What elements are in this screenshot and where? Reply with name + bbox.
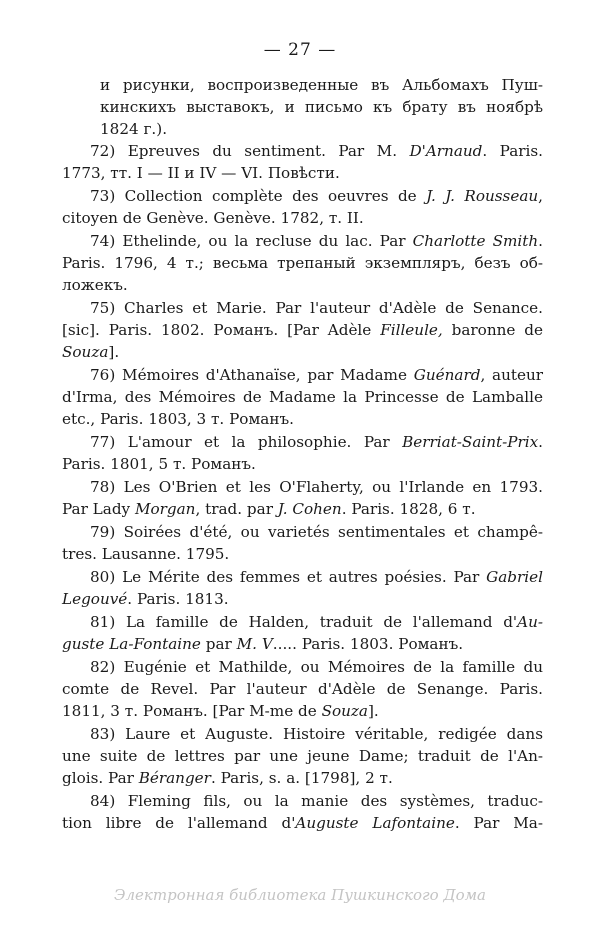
text-segment: . Paris. 1813. [127, 590, 228, 608]
text-line: и рисунки, воспроизведенные въ Альбомахъ… [100, 74, 543, 96]
text-line: guste La-Fontaine par M. V..... Paris. 1… [62, 633, 543, 655]
text-segment: 84) Fleming fils, ou la manie des systèm… [90, 792, 543, 810]
text-segment: 1773, тт. I — II и IV — VI. Повѣсти. [62, 164, 340, 182]
text-line: Souza]. [62, 341, 543, 363]
text-line: 83) Laure et Auguste. Histoire véritable… [90, 723, 543, 745]
text-segment: ]. [108, 343, 119, 361]
italic-text: Morgan [135, 500, 196, 518]
text-segment: ..... Paris. 1803. Романъ. [273, 635, 463, 653]
text-segment: une suite de lettres par une jeune Dame;… [62, 747, 543, 765]
text-line: 73) Collection complète des oeuvres de J… [90, 185, 543, 207]
italic-text: Au- [517, 613, 543, 631]
text-line: Legouvé. Paris. 1813. [62, 588, 543, 610]
text-segment: , [538, 187, 543, 205]
italic-text: Béranger [139, 769, 211, 787]
text-segment: comte de Revel. Par l'auteur d'Adèle de … [62, 680, 543, 698]
text-line: 74) Ethelinde, ou la recluse du lac. Par… [90, 230, 543, 252]
italic-text: Auguste Lafontaine [295, 814, 454, 832]
text-segment: Par Lady [62, 500, 135, 518]
text-segment: 79) Soirées d'été, ou varietés sentiment… [90, 523, 543, 541]
text-line: 82) Eugénie et Mathilde, ou Mémoires de … [90, 656, 543, 678]
text-line: etc., Paris. 1803, 3 т. Романъ. [62, 408, 543, 430]
page-number: — 27 — [0, 40, 600, 60]
text-line: tion libre de l'allemand d'Auguste Lafon… [62, 812, 543, 834]
text-line: une suite de lettres par une jeune Dame;… [62, 745, 543, 767]
text-segment: 77) L'amour et la philosophie. Par [90, 433, 402, 451]
text-segment: Paris. 1796, 4 т.; весьма трепаный экзем… [62, 254, 543, 272]
text-segment: 73) Collection complète des oeuvres de [90, 187, 426, 205]
italic-text: Charlotte Smith [413, 232, 539, 250]
text-line: 79) Soirées d'été, ou varietés sentiment… [90, 521, 543, 543]
text-line: 1824 г.). [100, 118, 543, 140]
text-segment: . Paris. 1828, 6 т. [342, 500, 476, 518]
text-segment: . [538, 433, 543, 451]
italic-text: Berriat-Saint-Prix [402, 433, 538, 451]
italic-text: M. V [237, 635, 273, 653]
text-line: 77) L'amour et la philosophie. Par Berri… [90, 431, 543, 453]
text-line: Paris. 1796, 4 т.; весьма трепаный экзем… [62, 252, 543, 274]
italic-text: Guénard [414, 366, 481, 384]
text-segment: 76) Mémoires d'Athanaïse, par Madame [90, 366, 414, 384]
text-segment: 81) La famille de Halden, traduit de l'a… [90, 613, 517, 631]
text-segment: и рисунки, воспроизведенные въ Альбомахъ… [100, 76, 543, 94]
text-segment: 83) Laure et Auguste. Histoire véritable… [90, 725, 543, 743]
text-segment: , trad. par [195, 500, 277, 518]
text-segment: glois. Par [62, 769, 139, 787]
text-segment: tion libre de l'allemand d' [62, 814, 295, 832]
text-segment: 1824 г.). [100, 120, 167, 138]
italic-text: Souza [322, 702, 368, 720]
text-line: d'Irma, des Mémoires de Madame la Prince… [62, 386, 543, 408]
text-segment: baronne de [443, 321, 543, 339]
text-line: 75) Charles et Marie. Par l'auteur d'Adè… [90, 297, 543, 319]
text-segment: 74) Ethelinde, ou la recluse du lac. Par [90, 232, 413, 250]
text-segment: . Paris, s. a. [1798], 2 т. [211, 769, 393, 787]
text-line: tres. Lausanne. 1795. [62, 543, 543, 565]
text-line: 76) Mémoires d'Athanaïse, par Madame Gué… [90, 364, 543, 386]
text-segment: [sic]. Paris. 1802. Романъ. [Par Adèle [62, 321, 380, 339]
text-segment: . Par Ma- [455, 814, 543, 832]
text-line: 84) Fleming fils, ou la manie des systèm… [90, 790, 543, 812]
italic-text: Souza [62, 343, 108, 361]
text-segment: ]. [368, 702, 379, 720]
text-segment: , auteur [480, 366, 543, 384]
text-line: 78) Les O'Brien et les O'Flaherty, ou l'… [90, 476, 543, 498]
text-line: 1811, 3 т. Романъ. [Par M-me de Souza]. [62, 700, 543, 722]
text-line: Paris. 1801, 5 т. Романъ. [62, 453, 543, 475]
text-segment: 80) Le Mérite des femmes et autres poési… [90, 568, 486, 586]
text-line: ложекъ. [62, 274, 543, 296]
text-segment: 78) Les O'Brien et les O'Flaherty, ou l'… [90, 478, 543, 496]
text-segment: tres. Lausanne. 1795. [62, 545, 229, 563]
text-segment: par [201, 635, 237, 653]
italic-text: D'Arnaud [409, 142, 482, 160]
text-segment: 1811, 3 т. Романъ. [Par M-me de [62, 702, 322, 720]
italic-text: Filleule, [380, 321, 443, 339]
italic-text: guste La-Fontaine [62, 635, 201, 653]
text-segment: Paris. 1801, 5 т. Романъ. [62, 455, 256, 473]
text-line: 80) Le Mérite des femmes et autres poési… [90, 566, 543, 588]
italic-text: J. J. Rousseau [426, 187, 538, 205]
text-line: 81) La famille de Halden, traduit de l'a… [90, 611, 543, 633]
library-watermark: Электронная библиотека Пушкинского Дома [0, 886, 600, 904]
italic-text: Legouvé [62, 590, 127, 608]
text-segment: . [538, 232, 543, 250]
text-segment: d'Irma, des Mémoires de Madame la Prince… [62, 388, 543, 406]
text-segment: citoyen de Genève. Genève. 1782, т. II. [62, 209, 364, 227]
text-segment: ложекъ. [62, 276, 128, 294]
text-line: [sic]. Paris. 1802. Романъ. [Par Adèle F… [62, 319, 543, 341]
text-line: 1773, тт. I — II и IV — VI. Повѣсти. [62, 162, 543, 184]
text-segment: . Paris. [482, 142, 543, 160]
text-line: Par Lady Morgan, trad. par J. Cohen. Par… [62, 498, 543, 520]
text-segment: etc., Paris. 1803, 3 т. Романъ. [62, 410, 294, 428]
text-line: comte de Revel. Par l'auteur d'Adèle de … [62, 678, 543, 700]
text-segment: 82) Eugénie et Mathilde, ou Mémoires de … [90, 658, 543, 676]
text-line: 72) Epreuves du sentiment. Par M. D'Arna… [90, 140, 543, 162]
text-line: glois. Par Béranger. Paris, s. a. [1798]… [62, 767, 543, 789]
text-segment: 72) Epreuves du sentiment. Par M. [90, 142, 409, 160]
text-segment: 75) Charles et Marie. Par l'auteur d'Adè… [90, 299, 543, 317]
text-line: кинскихъ выставокъ, и письмо къ брату въ… [100, 96, 543, 118]
text-segment: кинскихъ выставокъ, и письмо къ брату въ… [100, 98, 543, 116]
italic-text: Gabriel [486, 568, 543, 586]
italic-text: J. Cohen [278, 500, 342, 518]
text-line: citoyen de Genève. Genève. 1782, т. II. [62, 207, 543, 229]
